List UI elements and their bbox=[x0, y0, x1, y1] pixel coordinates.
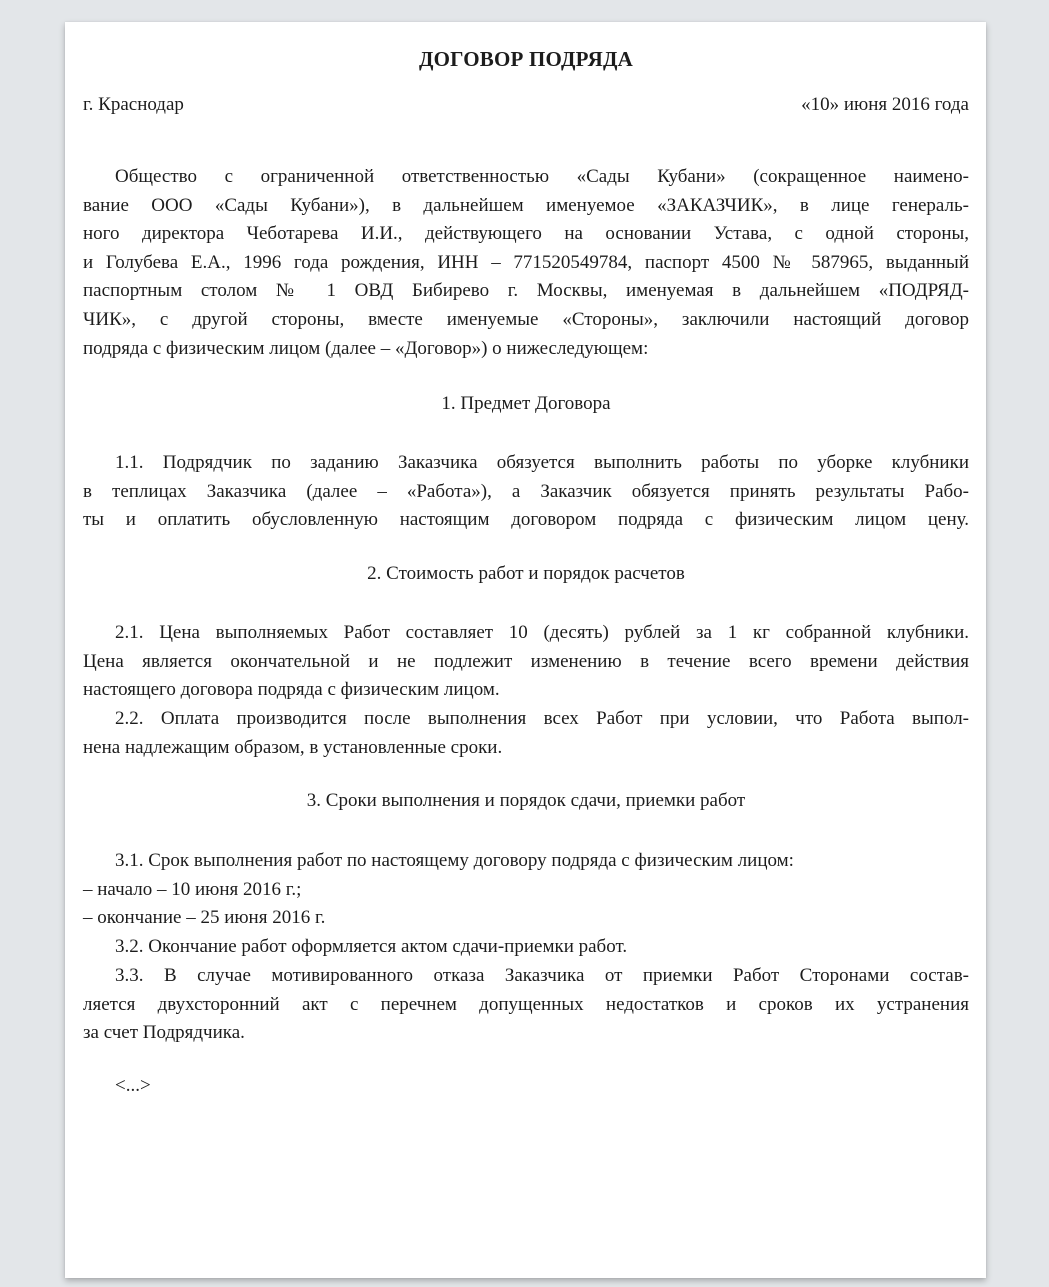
document-title: ДОГОВОР ПОДРЯДА bbox=[83, 47, 969, 72]
text-line: 3.1. Срок выполнения работ по настоящему… bbox=[83, 847, 969, 876]
text-line: настоящего договора подряда с физическим… bbox=[83, 676, 969, 705]
text-line: 2.1. Цена выполняемых Работ составляет 1… bbox=[83, 619, 969, 648]
text-line: в теплицах Заказчика (далее – «Работа»),… bbox=[83, 478, 969, 507]
clause-1-1: 1.1. Подрядчик по заданию Заказчика обяз… bbox=[83, 449, 969, 535]
clause-2-1: 2.1. Цена выполняемых Работ составляет 1… bbox=[83, 619, 969, 705]
clause-3-1: 3.1. Срок выполнения работ по настоящему… bbox=[83, 847, 969, 933]
text-line: 1.1. Подрядчик по заданию Заказчика обяз… bbox=[83, 449, 969, 478]
text-line: ты и оплатить обусловленную настоящим до… bbox=[83, 506, 969, 535]
text-line: 3.2. Окончание работ оформляется актом с… bbox=[83, 933, 969, 962]
text-line: вание ООО «Сады Кубани»), в дальнейшем и… bbox=[83, 192, 969, 221]
text-line: – окончание – 25 июня 2016 г. bbox=[83, 904, 969, 933]
text-line: ляется двухсторонний акт с перечнем допу… bbox=[83, 991, 969, 1020]
text-line: 3.3. В случае мотивированного отказа Зак… bbox=[83, 962, 969, 991]
text-line: паспортным столом № 1 ОВД Бибирево г. Мо… bbox=[83, 277, 969, 306]
document-page: ДОГОВОР ПОДРЯДА г. Краснодар «10» июня 2… bbox=[65, 22, 986, 1278]
preamble-paragraph: Общество с ограниченной ответственностью… bbox=[83, 163, 969, 363]
text-line: ного директора Чеботарева И.И., действую… bbox=[83, 220, 969, 249]
city: г. Краснодар bbox=[83, 94, 184, 116]
text-line: и Голубева Е.А., 1996 года рождения, ИНН… bbox=[83, 249, 969, 278]
section-heading-1: 1. Предмет Договора bbox=[83, 393, 969, 415]
text-line: ЧИК», с другой стороны, вместе именуемые… bbox=[83, 306, 969, 335]
text-line: подряда с физическим лицом (далее – «Дог… bbox=[83, 335, 969, 364]
text-line: нена надлежащим образом, в установленные… bbox=[83, 734, 969, 763]
clause-3-2: 3.2. Окончание работ оформляется актом с… bbox=[83, 933, 969, 962]
clause-2-2: 2.2. Оплата производится после выполнени… bbox=[83, 705, 969, 762]
contract-date: «10» июня 2016 года bbox=[801, 94, 969, 116]
text-line: 2.2. Оплата производится после выполнени… bbox=[83, 705, 969, 734]
clause-3-3: 3.3. В случае мотивированного отказа Зак… bbox=[83, 962, 969, 1048]
place-date-row: г. Краснодар «10» июня 2016 года bbox=[83, 94, 969, 116]
text-line: Общество с ограниченной ответственностью… bbox=[83, 163, 969, 192]
text-line: – начало – 10 июня 2016 г.; bbox=[83, 876, 969, 905]
text-line: Цена является окончательной и не подлежи… bbox=[83, 648, 969, 677]
continuation-marker: <...> bbox=[115, 1075, 151, 1097]
section-heading-3: 3. Сроки выполнения и порядок сдачи, при… bbox=[83, 790, 969, 812]
section-heading-2: 2. Стоимость работ и порядок расчетов bbox=[83, 563, 969, 585]
text-line: за счет Подрядчика. bbox=[83, 1019, 969, 1048]
